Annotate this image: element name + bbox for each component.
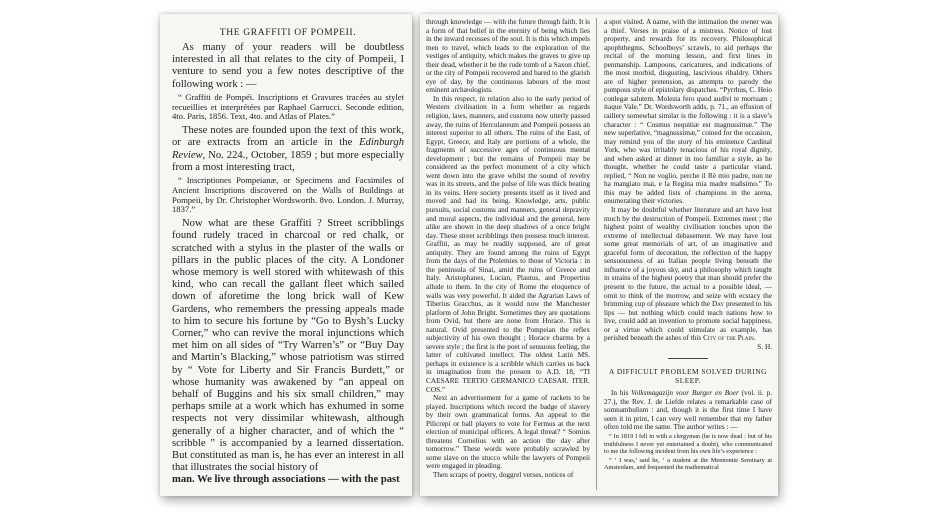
graffiti-definition-paragraph: Now what are these Graffiti ? Street scr… xyxy=(172,218,404,474)
right-paragraph-2: It may be doubtful whether literature an… xyxy=(604,206,772,343)
right-quote-1: “ In 1819 I fell in with a clergyman (he… xyxy=(604,433,772,456)
article-title: THE GRAFFITI OF POMPEII. xyxy=(172,27,404,38)
right-column: a spot visited. A name, with the intimat… xyxy=(598,14,778,496)
middle-paragraph-3: Next an advertisement for a game of rack… xyxy=(426,394,590,471)
section-divider xyxy=(668,358,708,359)
sources-paragraph: These notes are founded upon the text of… xyxy=(172,125,404,174)
middle-paragraph-2: In this respect, in relation also to the… xyxy=(426,95,590,394)
column-divider xyxy=(596,18,597,490)
left-page-last-line: man. We live through associations — with… xyxy=(172,474,404,486)
section-title: A DIFFICULT PROBLEM SOLVED DURING SLEEP. xyxy=(604,367,772,385)
right-paragraph-1: a spot visited. A name, with the intimat… xyxy=(604,18,772,206)
right-page-scan: through knowledge — with the future thro… xyxy=(420,14,778,496)
citation-garrucci: “ Graffiti de Pompéi. Inscriptions et Gr… xyxy=(172,93,404,122)
right-paragraph-3: In his Volksmagazijn voor Burger en Boer… xyxy=(604,389,772,432)
citation-wordsworth: “ Inscriptiones Pompeianæ, or Specimens … xyxy=(172,176,404,215)
middle-paragraph-4: Then scraps of poetry, doggrel verses, n… xyxy=(426,471,590,480)
left-page-scan: THE GRAFFITI OF POMPEII. As many of your… xyxy=(160,14,412,496)
middle-paragraph-1: through knowledge — with the future thro… xyxy=(426,18,590,95)
middle-column: through knowledge — with the future thro… xyxy=(420,14,596,496)
right-quote-2: “ ‘ I was,’ said he, ‘ a student at the … xyxy=(604,457,772,472)
intro-paragraph: As many of your readers will be doubtles… xyxy=(172,42,404,91)
signature: S. H. xyxy=(604,343,772,352)
